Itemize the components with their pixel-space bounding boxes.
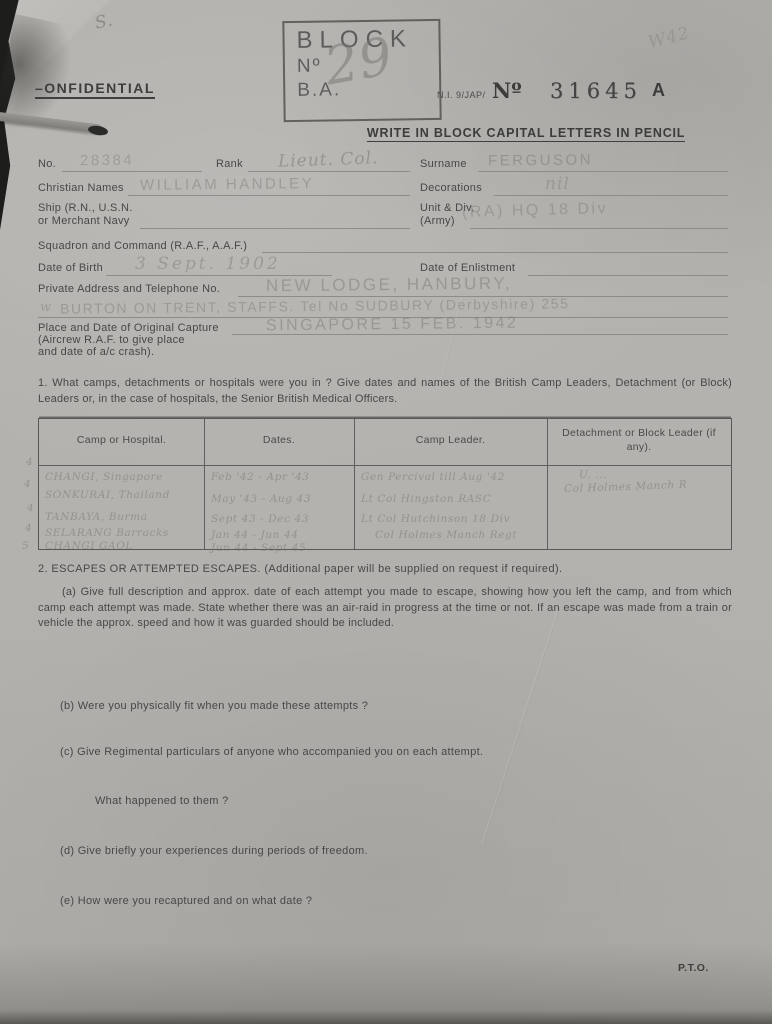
scanned-pow-questionnaire-page: S. W42 BLOCK Nº B.A. 29 –ONFIDENTIAL N.I… <box>0 0 772 1024</box>
pto-footer: P.T.O. <box>678 962 709 974</box>
field-address-value1: NEW LODGE, HANBURY, <box>266 274 512 297</box>
field-rank-label: Rank <box>216 158 243 170</box>
address-squiggle-mark: w <box>40 300 52 315</box>
block-number-handwritten: 29 <box>320 27 398 98</box>
question-2e-text: (e) How were you recaptured and on what … <box>60 895 312 907</box>
field-address-value2: BURTON ON TRENT, STAFFS. Tel No SUDBURY … <box>60 295 570 316</box>
margin-mark-4: 4 <box>25 522 32 534</box>
field-capture-value: SINGAPORE 15 FEB. 1942 <box>266 315 519 336</box>
top-right-pencil-note: W42 <box>646 23 692 53</box>
bottom-edge-shadow <box>0 1010 772 1024</box>
table-row-1-detachment: U. ... <box>579 469 607 481</box>
field-capture-label-line3: and date of a/c crash). <box>38 346 154 358</box>
table-row-2-detachment: Col Holmes Manch R <box>564 479 688 495</box>
field-decorations-value: nil <box>545 174 570 194</box>
ni-reference: N.I. 9/JAP/ <box>437 90 486 100</box>
page-title: WRITE IN BLOCK CAPITAL LETTERS IN PENCIL <box>367 126 685 142</box>
confidential-heading: –ONFIDENTIAL <box>35 80 155 99</box>
field-decorations-label: Decorations <box>420 182 482 194</box>
question-2a-text: (a) Give full description and approx. da… <box>38 585 732 632</box>
table-row-4-leader: Col Holmes Manch Regt <box>375 529 517 541</box>
margin-mark-1: 4 <box>26 456 33 468</box>
field-squadron-line <box>262 251 728 253</box>
field-decorations-line <box>494 194 728 196</box>
table-header-leader: Camp Leader. <box>354 434 547 446</box>
table-row-3-dates: Sept 43 - Dec 43 <box>211 513 309 525</box>
table-header-camp: Camp or Hospital. <box>39 434 204 446</box>
question-2d-text: (d) Give briefly your experiences during… <box>60 845 368 857</box>
table-header-detachment: Detachment or Block Leader (if any). <box>551 427 727 454</box>
crease-line-lower <box>481 606 560 844</box>
field-christian-names-line <box>128 194 410 196</box>
field-ship-line <box>140 227 410 229</box>
field-christian-names-label: Christian Names <box>38 182 124 194</box>
table-row-5-camp: CHANGI GAOL <box>45 540 133 552</box>
table-row-2-camp: SONKURAI, Thailand <box>45 489 170 501</box>
field-ship-label-line1: Ship (R.N., U.S.N. <box>38 202 133 214</box>
field-surname-value: FERGUSON <box>488 151 593 169</box>
table-row-4-dates: Jan 44 - Jun 44 <box>211 529 299 541</box>
field-dob-value: 3 Sept. 1902 <box>135 254 281 274</box>
field-squadron-label: Squadron and Command (R.A.F., A.A.F.) <box>38 240 247 252</box>
field-no-label: No. <box>38 158 56 170</box>
field-unit-line <box>470 227 728 229</box>
table-row-3-camp: TANBAYA, Burma <box>45 511 148 523</box>
field-capture-label-line1: Place and Date of Original Capture <box>38 322 219 334</box>
field-address-label: Private Address and Telephone No. <box>38 283 220 295</box>
string-tip <box>87 124 108 136</box>
field-enlistment-line <box>528 274 728 276</box>
question-1-text: 1. What camps, detachments or hospitals … <box>38 376 732 407</box>
question-2c-text: (c) Give Regimental particulars of anyon… <box>60 746 483 758</box>
table-header-dates: Dates. <box>204 434 354 446</box>
field-surname-label: Surname <box>420 158 467 170</box>
field-unit-label-line2: (Army) <box>420 215 455 227</box>
table-row-4-camp: SELARANG Barracks <box>45 527 169 539</box>
table-row-1-dates: Feb '42 - Apr '43 <box>211 471 310 483</box>
field-rank-line <box>248 170 410 172</box>
field-christian-names-value: WILLIAM HANDLEY <box>140 175 314 194</box>
field-enlistment-label: Date of Enlistment <box>420 262 515 274</box>
table-row-2-dates: May '43 - Aug 43 <box>211 493 311 505</box>
table-row-5-dates: Jun 44 - Sept 45 <box>211 542 306 554</box>
serial-series-letter: A <box>652 80 665 101</box>
margin-mark-2: 4 <box>24 478 31 490</box>
table-row-1-camp: CHANGI, Singapore <box>45 471 163 483</box>
field-no-line <box>62 170 202 172</box>
question-2-heading: 2. ESCAPES OR ATTEMPTED ESCAPES. (Additi… <box>38 563 562 575</box>
question-2c2-text: What happened to them ? <box>95 795 229 807</box>
table-row-3-leader: Lt Col Hutchinson 18 Div <box>361 513 510 525</box>
serial-no-symbol: Nº <box>492 78 522 103</box>
field-no-value: 28384 <box>80 152 134 170</box>
field-capture-label-line2: (Aircrew R.A.F. to give place <box>38 334 185 346</box>
field-surname-line <box>478 170 728 172</box>
question-2b-text: (b) Were you physically fit when you mad… <box>60 700 368 712</box>
table-row-1-leader: Gen Percival till Aug '42 <box>361 471 505 483</box>
margin-mark-3: 4 <box>27 502 34 514</box>
field-dob-label: Date of Birth <box>38 262 103 274</box>
serial-number: 31645 <box>550 79 642 103</box>
field-rank-value: Lieut. Col. <box>278 148 379 171</box>
corner-pencil-note: S. <box>93 10 115 33</box>
field-ship-label-line2: or Merchant Navy <box>38 215 130 227</box>
margin-mark-5: 5 <box>22 540 29 552</box>
table-row-2-leader: Lt Col Hingston RASC <box>361 493 491 505</box>
camps-table: Camp or Hospital. Dates. Camp Leader. De… <box>38 418 732 550</box>
field-unit-value: (RA) HQ 18 Div <box>462 200 609 222</box>
